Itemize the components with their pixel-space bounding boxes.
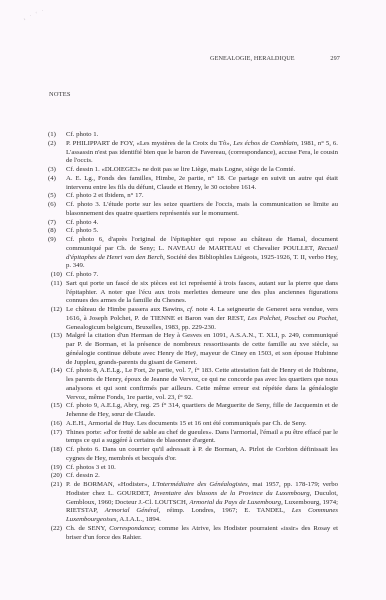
footnote-number: (19) — [46, 464, 64, 473]
footnote-text: Thines porte: «d'or fretté de sable au c… — [66, 429, 338, 445]
notes-list: (1)Cf. photo 1.(2)P. PHILIPPART de FOY, … — [46, 131, 338, 542]
footnote-number: (21) — [46, 481, 64, 490]
footnote: (21)P. de BORMAN, «Hodister», L'Interméd… — [46, 481, 338, 525]
footnote-text-segment: P. de BORMAN, «Hodister», — [66, 481, 152, 488]
footnote: (9)Cf. photo 6, d'après l'original de l'… — [46, 236, 338, 271]
footnote-text-segment: Cf. photo 2 et Ibidem, n° 17. — [66, 192, 144, 199]
footnote-text-segment: Malgré la citation d'un Herman de Hey à … — [66, 332, 338, 365]
footnote-title-italic: Armorial du Pays de Luxembourg — [189, 499, 281, 506]
footnote-number: (1) — [48, 131, 66, 140]
footnote: (3)Cf. dessin 1. «DLOIEGE3» ne doit pas … — [46, 166, 338, 175]
footnote-title-italic: L'Intermédiaire des Généalogistes — [152, 481, 247, 488]
footnote-text-segment: P. PHILIPPART de FOY, «Les mystères de l… — [66, 140, 233, 147]
footnote: (12)Le château de Himbe passera aux Bawi… — [46, 306, 338, 332]
footnote-number: (20) — [46, 472, 64, 481]
footnote: (17)Thines porte: «d'or fretté de sable … — [46, 429, 338, 447]
footnote-text: Cf. photos 3 et 10. — [66, 464, 116, 471]
running-head-title: GENEALOGIE, HERALDIQUE — [210, 55, 295, 62]
footnote-number: (12) — [46, 306, 64, 315]
footnote-title-italic: Correspondance — [109, 525, 154, 532]
footnote: (6)Cf. photo 3. L'étude porte sur les se… — [46, 201, 338, 219]
footnote-text: Cf. photo 1. — [66, 131, 98, 138]
footnote-text-segment: Cf. photo 1. — [66, 131, 98, 138]
footnote: (18)Cf. photo 6. Dans un courrier qu'il … — [46, 446, 338, 464]
footnote: (10)Cf. photo 7. — [46, 271, 338, 280]
running-head: GENEALOGIE, HERALDIQUE 297 — [210, 55, 340, 62]
footnote: (11)Sart qui porte un fascé de six pièce… — [46, 280, 338, 306]
footnote-text: Cf. photo 6. Dans un courrier qu'il adre… — [66, 446, 338, 462]
footnote-text: A.E.H., Armorial de Huy. Les documents 1… — [66, 420, 307, 427]
footnote-text-segment: Cf. photo 7. — [66, 271, 98, 278]
footnote-text: Ch. de SENY, Correspondance; comme les A… — [66, 525, 338, 541]
document-page: ₓ · ʳ · GENEALOGIE, HERALDIQUE 297 NOTES… — [0, 0, 386, 600]
footnote-number: (6) — [48, 201, 66, 210]
footnote: (16)A.E.H., Armorial de Huy. Les documen… — [46, 420, 338, 429]
footnote-text-segment: A. E. Lg., Fonds des familles, Himbe, 2e… — [66, 175, 338, 191]
footnote-text: Le château de Himbe passera aux Bawins, … — [66, 306, 338, 331]
footnote-text-segment: Cf. photo 6, d'après l'original de l'épi… — [66, 236, 338, 252]
footnote-text: Cf. photo 7. — [66, 271, 98, 278]
footnote-text: P. de BORMAN, «Hodister», L'Intermédiair… — [66, 481, 338, 523]
footnote-text-segment: Sart qui porte un fascé de six pièces es… — [66, 280, 338, 305]
footnote: (1)Cf. photo 1. — [46, 131, 338, 140]
footnote-text-segment: , réimp. Londres, 1967; E. TANDEL, — [159, 507, 292, 514]
footnote-number: (9) — [48, 236, 66, 245]
footnote-text-segment: Le château de Himbe passera aux Bawins, — [66, 306, 187, 313]
footnote: (14)Cf. photo 8, A.E.Lg., Le Fort, 2e pa… — [46, 367, 338, 402]
footnote-text-segment: Cf. dessin 2. — [66, 472, 100, 479]
footnote-number: (17) — [46, 429, 64, 438]
footnote-number: (15) — [46, 402, 64, 411]
footnote-text: Cf. photo 3. L'étude porte sur les seize… — [66, 201, 338, 217]
footnote-number: (3) — [48, 166, 66, 175]
footnote-text-segment: Cf. dessin 1. «DLOIEGE3» ne doit pas se … — [66, 166, 295, 173]
footnote-text: Cf. photo 4. — [66, 219, 98, 226]
footnote-number: (7) — [48, 219, 66, 228]
footnote-text-segment: Thines porte: «d'or fretté de sable au c… — [66, 429, 338, 445]
footnote-text-segment: Ch. de SENY, — [66, 525, 109, 532]
footnote: (20)Cf. dessin 2. — [46, 472, 338, 481]
footnote-text-segment: Cf. photo 5. — [66, 227, 98, 234]
footnote-text: Cf. photo 5. — [66, 227, 98, 234]
footnote-text: Cf. photo 2 et Ibidem, n° 17. — [66, 192, 144, 199]
footnote-number: (10) — [46, 271, 64, 280]
footnote-title-italic: Inventaire des blasons de la Province du… — [154, 490, 310, 497]
footnote-text-segment: Cf. photos 3 et 10. — [66, 464, 116, 471]
footnote-number: (5) — [48, 192, 66, 201]
footnote-title-italic: Les Polchet, Poschet ou Pochet — [248, 315, 337, 322]
footnote-text: Sart qui porte un fascé de six pièces es… — [66, 280, 338, 305]
footnote: (19)Cf. photos 3 et 10. — [46, 464, 338, 473]
footnote-text-segment: Cf. photo 6. Dans un courrier qu'il adre… — [66, 446, 338, 462]
footnote: (5)Cf. photo 2 et Ibidem, n° 17. — [46, 192, 338, 201]
pencil-margin-marks: ₓ · ʳ · — [23, 6, 56, 30]
footnote-text-segment: , A.I.A.L., 1894. — [116, 516, 160, 523]
footnote-text-segment: Cf. photo 4. — [66, 219, 98, 226]
footnote-number: (18) — [46, 446, 64, 455]
footnote-text: A. E. Lg., Fonds des familles, Himbe, 2e… — [66, 175, 338, 191]
footnote-text: Cf. dessin 1. «DLOIEGE3» ne doit pas se … — [66, 166, 295, 173]
footnote-title-italic: Les échos de Comblain — [233, 140, 297, 147]
footnote: (13)Malgré la citation d'un Herman de He… — [46, 332, 338, 367]
footnote-text: Cf. photo 6, d'après l'original de l'épi… — [66, 236, 338, 269]
footnote-number: (4) — [48, 175, 66, 184]
footnote-text: Cf. photo 8, A.E.Lg., Le Fort, 2e partie… — [66, 367, 338, 400]
footnote-text: Cf. dessin 2. — [66, 472, 100, 479]
footnote-number: (13) — [46, 332, 64, 341]
footnote: (8)Cf. photo 5. — [46, 227, 338, 236]
footnote-text: Cf. photo 9, A.E.Lg, Abry, reg. 25 f° 31… — [66, 402, 338, 418]
footnote-title-italic: Armorial Général — [105, 507, 159, 514]
page-number: 297 — [330, 55, 340, 62]
footnote: (22)Ch. de SENY, Correspondance; comme l… — [46, 525, 338, 543]
footnote-text: P. PHILIPPART de FOY, «Les mystères de l… — [66, 140, 338, 165]
footnote: (4)A. E. Lg., Fonds des familles, Himbe,… — [46, 175, 338, 193]
footnote-number: (14) — [46, 367, 64, 376]
footnote-text: Malgré la citation d'un Herman de Hey à … — [66, 332, 338, 365]
footnote-text-segment: Cf. photo 8, A.E.Lg., Le Fort, 2e partie… — [66, 367, 338, 400]
footnote: (2)P. PHILIPPART de FOY, «Les mystères d… — [46, 140, 338, 166]
footnote-text-segment: A.E.H., Armorial de Huy. Les documents 1… — [66, 420, 307, 427]
footnote-text-segment: Cf. photo 3. L'étude porte sur les seize… — [66, 201, 338, 217]
footnote-number: (2) — [48, 140, 66, 149]
footnote-text-segment: Cf. photo 9, A.E.Lg, Abry, reg. 25 f° 31… — [66, 402, 338, 418]
footnote-number: (8) — [48, 227, 66, 236]
footnote-number: (11) — [46, 280, 64, 289]
footnote: (15)Cf. photo 9, A.E.Lg, Abry, reg. 25 f… — [46, 402, 338, 420]
section-title: NOTES — [49, 91, 71, 98]
footnote: (7)Cf. photo 4. — [46, 219, 338, 228]
footnote-number: (16) — [46, 420, 64, 429]
footnote-number: (22) — [46, 525, 64, 534]
